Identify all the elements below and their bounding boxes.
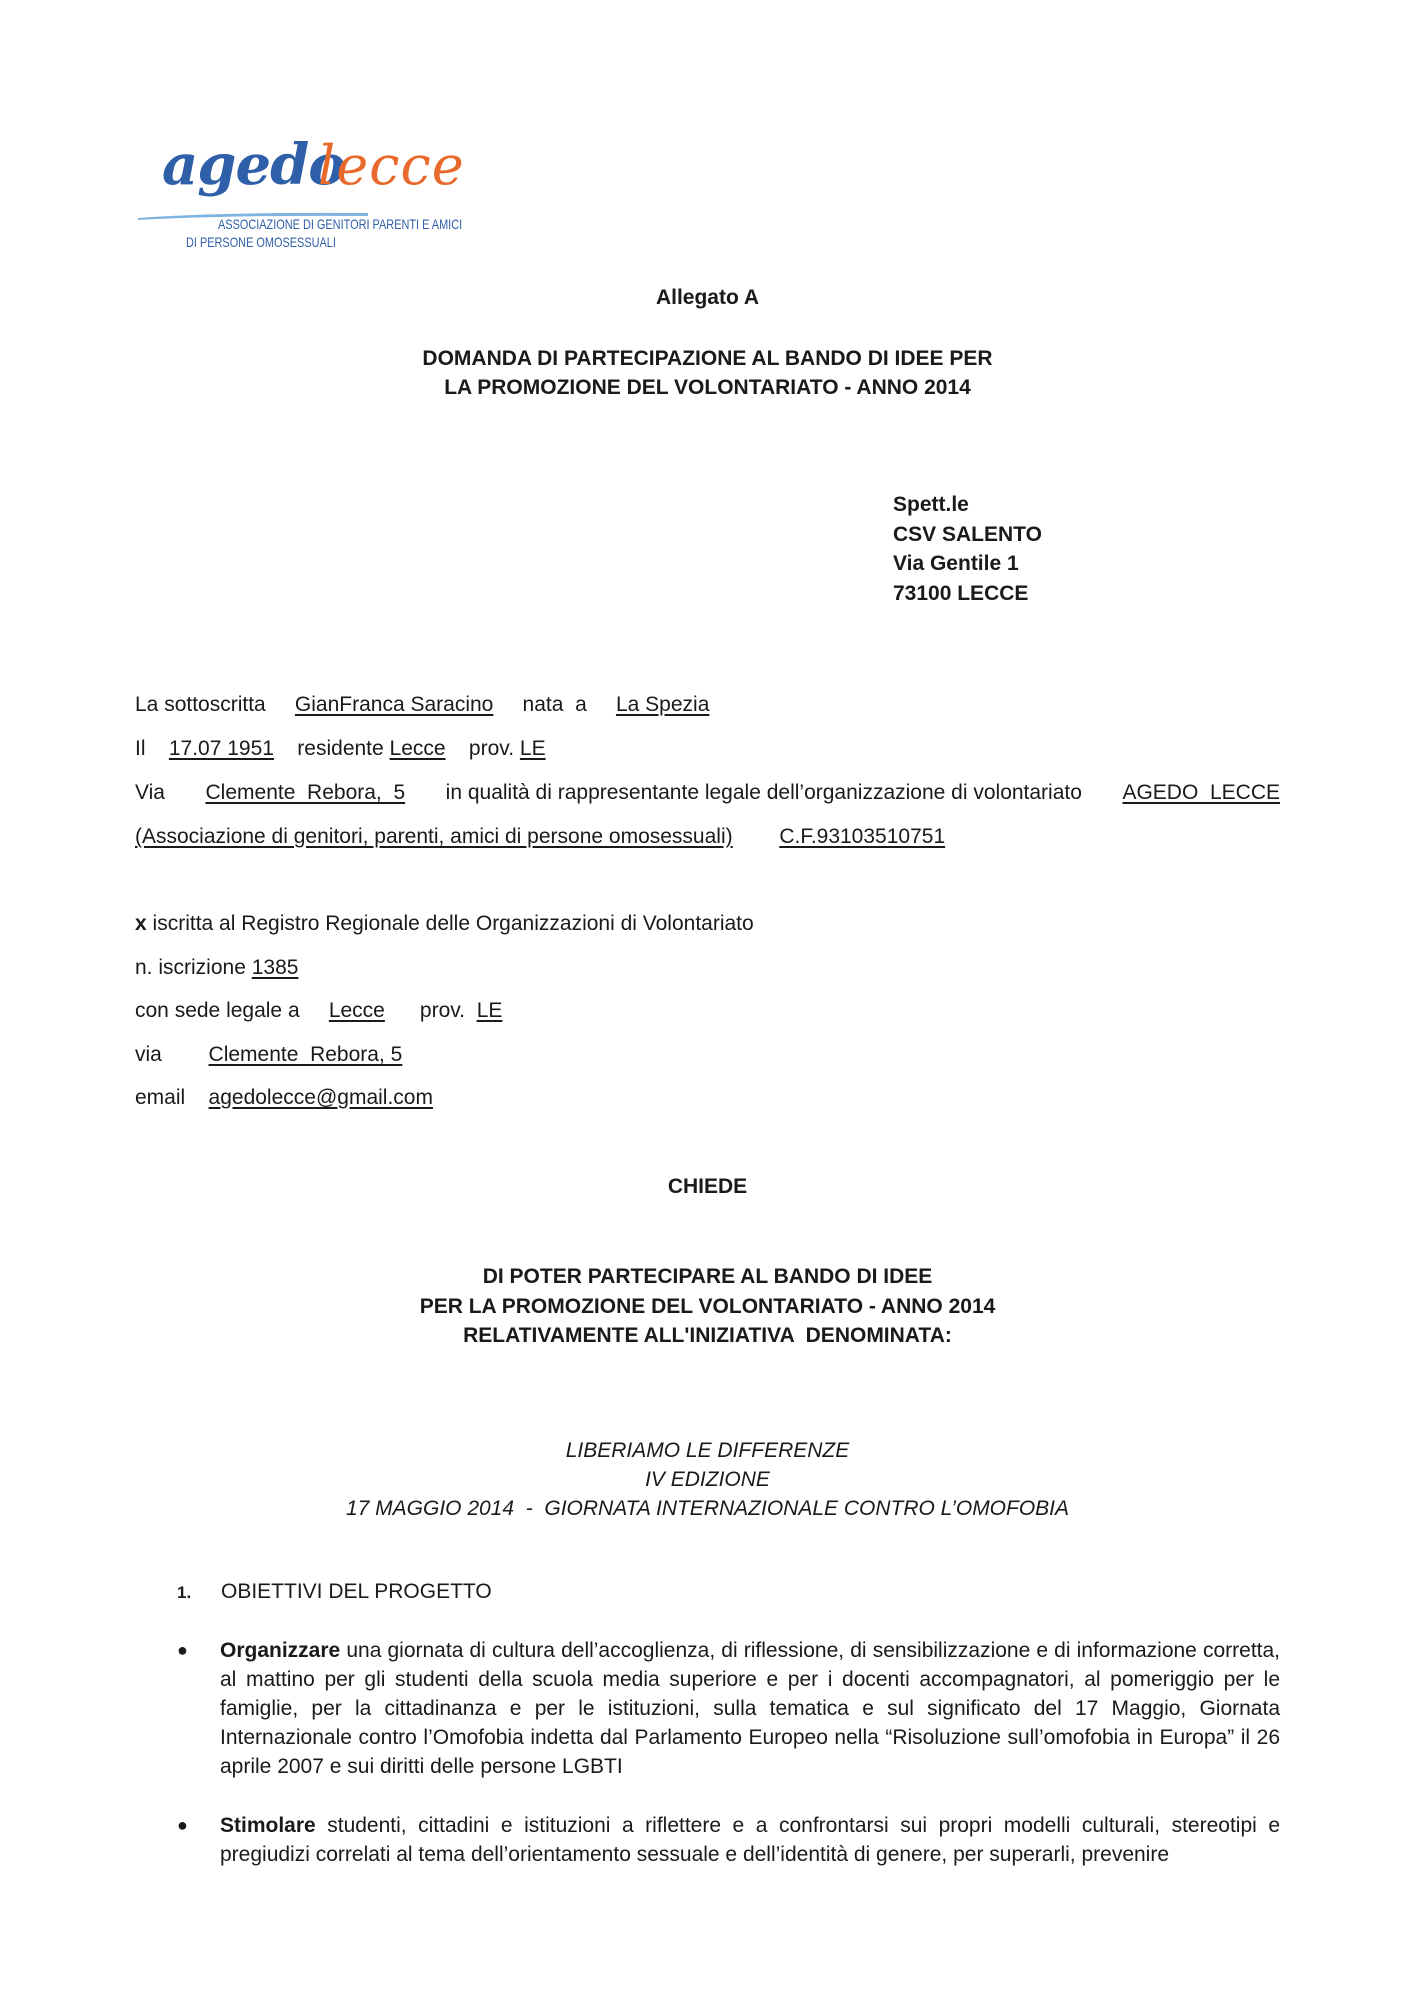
initiative-block: LIBERIAMO LE DIFFERENZE IV EDIZIONE 17 M… xyxy=(0,1436,1415,1523)
seat-city: Lecce xyxy=(329,999,385,1022)
list-item-lead: Stimolare xyxy=(220,1814,316,1837)
label-role: in qualità di rappresentante legale dell… xyxy=(446,781,1082,805)
recipient-name: CSV SALENTO xyxy=(893,520,1042,550)
declarant-birthplace: La Spezia xyxy=(616,693,709,716)
section-number: 1. xyxy=(177,1583,221,1603)
seat-street: Clemente Rebora, 5 xyxy=(209,1043,403,1066)
declarant-birthdate: 17.07 1951 xyxy=(169,737,274,760)
recipient-address: Spett.le CSV SALENTO Via Gentile 1 73100… xyxy=(893,490,1042,608)
initiative-subtitle: 17 MAGGIO 2014 - GIORNATA INTERNAZIONALE… xyxy=(0,1494,1415,1523)
registry-label: iscritta al Registro Regionale delle Org… xyxy=(153,912,754,935)
tax-code: C.F.93103510751 xyxy=(779,825,945,848)
list-item-lead: Organizzare xyxy=(220,1639,340,1662)
registry-number-line: n. iscrizione 1385 xyxy=(135,956,298,980)
declarant-line-1: La sottoscritta GianFranca Saracino nata… xyxy=(135,693,709,717)
initiative-name: LIBERIAMO LE DIFFERENZE xyxy=(0,1436,1415,1465)
organization-full-name: (Associazione di genitori, parenti, amic… xyxy=(135,825,733,848)
seat-via-label: via xyxy=(135,1043,162,1066)
initiative-edition: IV EDIZIONE xyxy=(0,1465,1415,1494)
organization-name: AGEDO LECCE xyxy=(1122,781,1280,805)
label-via: Via xyxy=(135,781,165,805)
registry-line: x iscritta al Registro Regionale delle O… xyxy=(135,912,754,936)
label-residente: residente xyxy=(297,737,383,760)
label-nata: nata a xyxy=(523,693,587,716)
email-value: agedolecce@gmail.com xyxy=(209,1086,433,1109)
label-il: Il xyxy=(135,737,146,760)
email-line: email agedolecce@gmail.com xyxy=(135,1086,433,1110)
check-mark: x xyxy=(135,912,147,935)
list-item-body: una giornata di cultura dell’accoglienza… xyxy=(220,1639,1280,1778)
document-page: agedo lecce ASSOCIAZIONE DI GENITORI PAR… xyxy=(0,0,1415,2000)
seat-prov-label: prov. xyxy=(420,999,465,1022)
legal-seat-line: con sede legale a Lecce prov. LE xyxy=(135,999,502,1023)
list-item: ● Organizzare una giornata di cultura de… xyxy=(177,1636,1280,1781)
email-label: email xyxy=(135,1086,185,1109)
declarant-province: LE xyxy=(520,737,546,760)
seat-street-line: via Clemente Rebora, 5 xyxy=(135,1043,402,1067)
request-line-1: DI POTER PARTECIPARE AL BANDO DI IDEE xyxy=(0,1262,1415,1292)
agedo-lecce-logo: agedo lecce ASSOCIAZIONE DI GENITORI PAR… xyxy=(138,132,468,257)
declarant-line-4: (Associazione di genitori, parenti, amic… xyxy=(135,825,945,849)
label-sottoscritta: La sottoscritta xyxy=(135,693,266,716)
request-line-2: PER LA PROMOZIONE DEL VOLONTARIATO - ANN… xyxy=(0,1292,1415,1322)
request-heading: CHIEDE xyxy=(0,1175,1415,1199)
recipient-city: 73100 LECCE xyxy=(893,579,1042,609)
logo-tagline-2: DI PERSONE OMOSESSUALI xyxy=(186,234,336,250)
bullet-icon: ● xyxy=(177,1811,188,1840)
registry-number: 1385 xyxy=(252,956,299,979)
request-body: DI POTER PARTECIPARE AL BANDO DI IDEE PE… xyxy=(0,1262,1415,1351)
title-line-2: LA PROMOZIONE DEL VOLONTARIATO - ANNO 20… xyxy=(0,373,1415,402)
seat-province: LE xyxy=(477,999,503,1022)
logo-word-lecce: lecce xyxy=(318,134,465,197)
bullet-icon: ● xyxy=(177,1636,188,1665)
recipient-street: Via Gentile 1 xyxy=(893,549,1042,579)
section-title: OBIETTIVI DEL PROGETTO xyxy=(221,1580,492,1603)
title-line-1: DOMANDA DI PARTECIPAZIONE AL BANDO DI ID… xyxy=(0,344,1415,373)
declarant-name: GianFranca Saracino xyxy=(295,693,493,716)
section-heading: 1.OBIETTIVI DEL PROGETTO xyxy=(177,1580,492,1604)
list-item-text: Organizzare una giornata di cultura dell… xyxy=(220,1636,1280,1781)
list-item-text: Stimolare studenti, cittadini e istituzi… xyxy=(220,1811,1280,1869)
seat-label: con sede legale a xyxy=(135,999,300,1022)
registry-number-label: n. iscrizione xyxy=(135,956,246,979)
label-prov: prov. xyxy=(469,737,514,760)
declarant-street: Clemente Rebora, 5 xyxy=(206,781,406,805)
list-item-body: studenti, cittadini e istituzioni a rifl… xyxy=(220,1814,1280,1866)
declarant-line-3: Via Clemente Rebora, 5 in qualità di rap… xyxy=(135,781,1280,805)
request-line-3: RELATIVAMENTE ALL'INIZIATIVA DENOMINATA: xyxy=(0,1321,1415,1351)
logo-tagline-1: ASSOCIAZIONE DI GENITORI PARENTI E AMICI xyxy=(218,216,462,232)
recipient-salutation: Spett.le xyxy=(893,490,1042,520)
attachment-label: Allegato A xyxy=(0,286,1415,310)
declarant-residence: Lecce xyxy=(390,737,446,760)
declarant-line-2: Il 17.07 1951 residente Lecce prov. LE xyxy=(135,737,546,761)
document-title: DOMANDA DI PARTECIPAZIONE AL BANDO DI ID… xyxy=(0,344,1415,402)
list-item: ● Stimolare studenti, cittadini e istitu… xyxy=(177,1811,1280,1869)
